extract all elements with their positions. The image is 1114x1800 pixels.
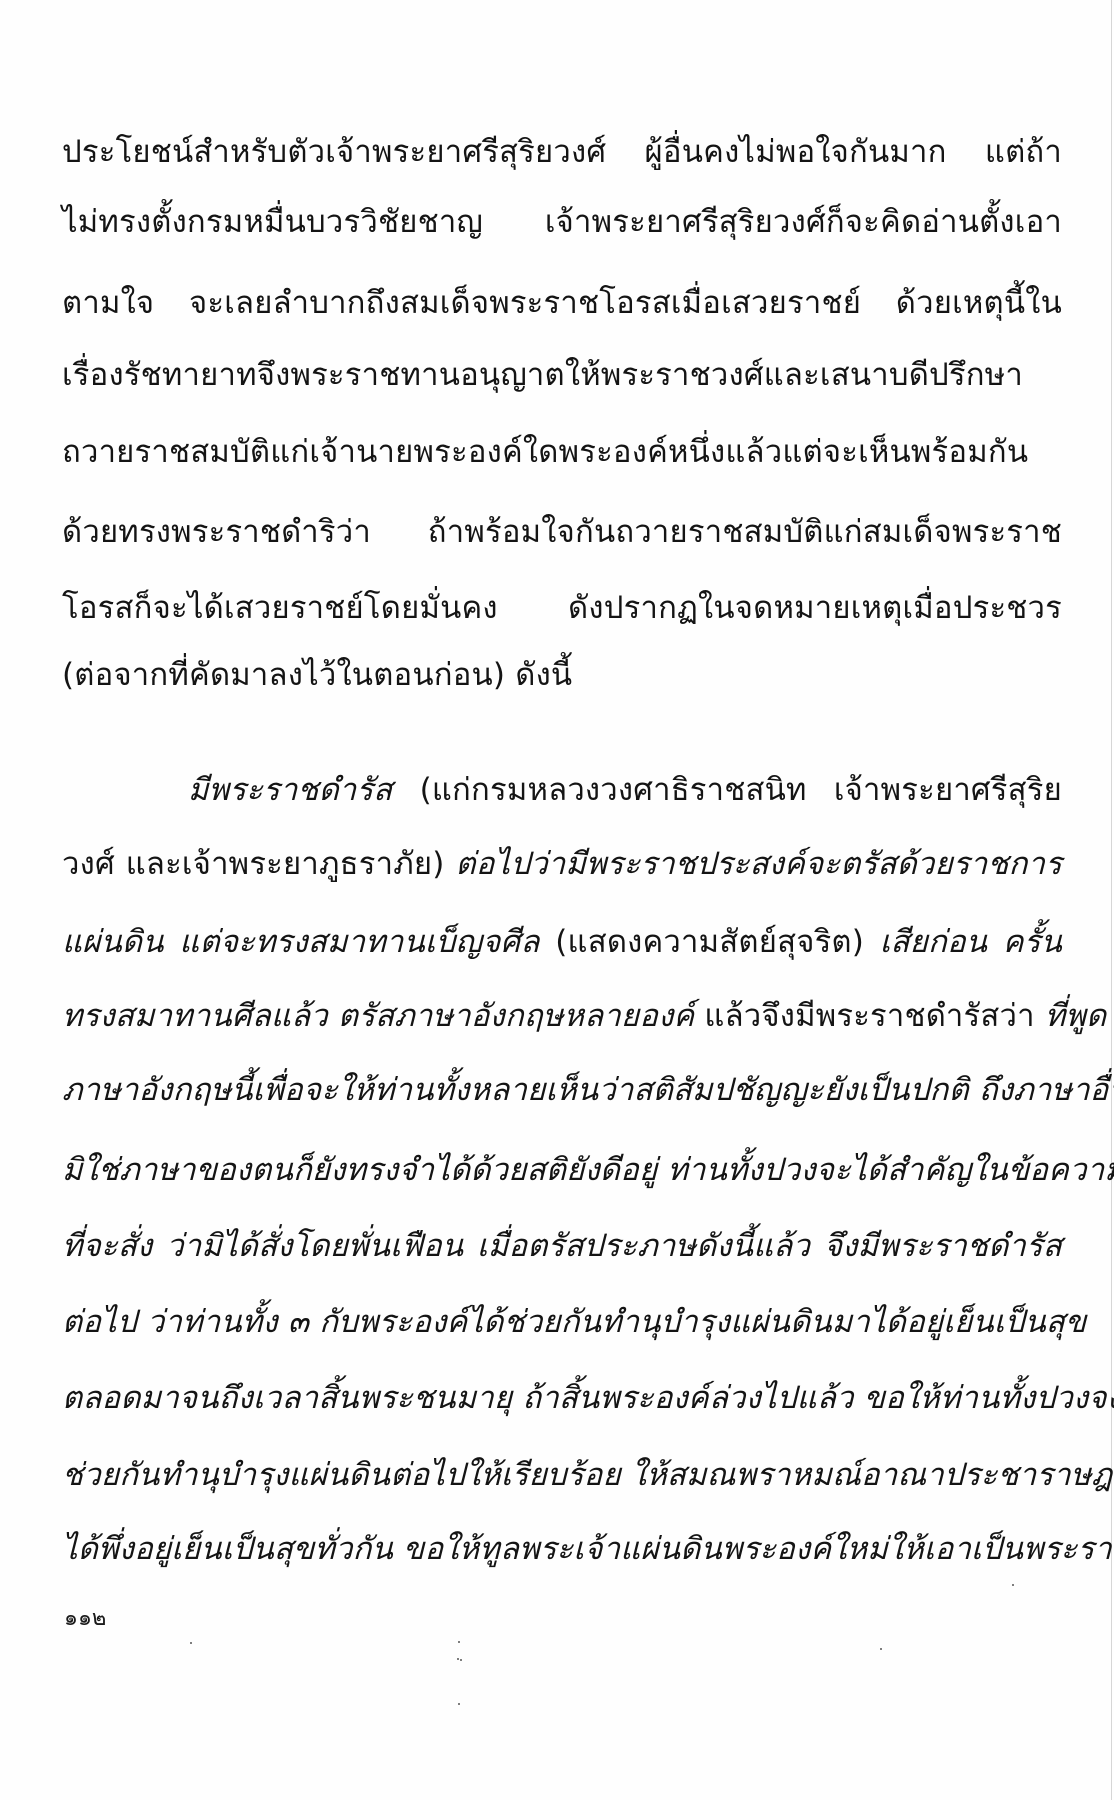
text-segment: (ต่อจากที่คัดมาลงไว้ในตอนก่อน) ดังนี้ [62,657,572,693]
text-line: ประโยชน์สำหรับตัวเจ้าพระยาศรีสุริยวงศ์ ผ… [62,132,1062,172]
text-segment: เสียก่อน ครั้น [880,924,1062,960]
scan-speck [1012,1584,1014,1586]
text-line: โอรสก็จะได้เสวยราชย์โดยมั่นคง ดังปรากฏใน… [62,588,1062,628]
text-line: เรื่องรัชทายาทจึงพระราชทานอนุญาตให้พระรา… [62,355,1062,395]
text-segment: ช่วยกันทำนุบำรุงแผ่นดินต่อไปให้เรียบร้อย… [62,1457,1114,1493]
text-segment: แล้วจึงมีพระราชดำรัสว่า [704,998,1034,1034]
text-line: ถวายราชสมบัติแก่เจ้านายพระองค์ใดพระองค์ห… [62,432,1062,472]
text-segment: ตามใจ จะเลยลำบากถึงสมเด็จพระราชโอรสเมื่อ… [62,285,1062,321]
text-line: ตามใจ จะเลยลำบากถึงสมเด็จพระราชโอรสเมื่อ… [62,283,1062,323]
text-line: แผ่นดิน แต่จะทรงสมาทานเบ็ญจศีล (แสดงความ… [62,922,1062,962]
scanned-page: ประโยชน์สำหรับตัวเจ้าพระยาศรีสุริยวงศ์ ผ… [0,0,1114,1800]
text-line: ต่อไป ว่าท่านทั้ง ๓ กับพระองค์ได้ช่วยกัน… [62,1302,1062,1342]
text-segment: ต่อไป ว่าท่านทั้ง ๓ กับพระองค์ได้ช่วยกัน… [62,1304,1086,1340]
text-segment: ไม่ทรงตั้งกรมหมื่นบวรวิชัยชาญ เจ้าพระยาศ… [62,204,1062,240]
text-segment: ถวายราชสมบัติแก่เจ้านายพระองค์ใดพระองค์ห… [62,434,1028,470]
text-segment: (แก่กรมหลวงวงศาธิราชสนิท เจ้าพระยาศรีสุร… [392,772,1062,808]
scan-edge-line [1111,0,1112,1800]
text-segment: ด้วยทรงพระราชดำริว่า ถ้าพร้อมใจกันถวายรา… [62,514,1062,550]
scan-speck [460,1659,462,1661]
text-line: (ต่อจากที่คัดมาลงไว้ในตอนก่อน) ดังนี้ [62,655,1062,695]
scan-speck [458,1703,460,1705]
text-line: ภาษาอังกฤษนี้เพื่อจะให้ท่านทั้งหลายเห็นว… [62,1070,1062,1110]
text-line: ที่จะสั่ง ว่ามิได้สั่งโดยพั่นเฟือน เมื่อ… [62,1226,1062,1266]
text-segment: ที่พูด [1035,998,1107,1034]
text-segment: ที่จะสั่ง ว่ามิได้สั่งโดยพั่นเฟือน เมื่อ… [62,1228,1062,1264]
text-line: ได้พึ่งอยู่เย็นเป็นสุขทั่วกัน ขอให้ทูลพร… [62,1529,1062,1569]
text-line: ไม่ทรงตั้งกรมหมื่นบวรวิชัยชาญ เจ้าพระยาศ… [62,202,1062,242]
text-segment: ภาษาอังกฤษนี้เพื่อจะให้ท่านทั้งหลายเห็นว… [62,1072,1114,1108]
text-segment: ได้พึ่งอยู่เย็นเป็นสุขทั่วกัน ขอให้ทูลพร… [62,1531,1114,1567]
text-segment: ประโยชน์สำหรับตัวเจ้าพระยาศรีสุริยวงศ์ ผ… [62,134,1062,170]
text-segment: วงศ์ และเจ้าพระยาภูธราภัย) [62,846,455,882]
text-segment: แผ่นดิน แต่จะทรงสมาทานเบ็ญจศีล [62,924,555,960]
text-line: ช่วยกันทำนุบำรุงแผ่นดินต่อไปให้เรียบร้อย… [62,1455,1062,1495]
text-segment: มีพระราชดำรัส [188,772,392,808]
text-line: มีพระราชดำรัส (แก่กรมหลวงวงศาธิราชสนิท เ… [188,770,1062,810]
scan-speck [190,1642,192,1644]
text-line: ตลอดมาจนถึงเวลาสิ้นพระชนมายุ ถ้าสิ้นพระอ… [62,1378,1062,1418]
page-number: ๑๑๒ [64,1606,106,1632]
scan-speck [880,1648,882,1650]
text-segment: (แสดงความสัตย์สุจริต) [555,924,879,960]
text-line: วงศ์ และเจ้าพระยาภูธราภัย) ต่อไปว่ามีพระ… [62,844,1062,884]
text-line: ทรงสมาทานศีลแล้ว ตรัสภาษาอังกฤษหลายองค์ … [62,996,1062,1036]
text-line: ด้วยทรงพระราชดำริว่า ถ้าพร้อมใจกันถวายรา… [62,512,1062,552]
text-segment: ทรงสมาทานศีลแล้ว ตรัสภาษาอังกฤษหลายองค์ [62,998,704,1034]
text-segment: เรื่องรัชทายาทจึงพระราชทานอนุญาตให้พระรา… [62,357,1023,393]
text-segment: ต่อไปว่ามีพระราชประสงค์จะตรัสด้วยราชการ [455,846,1062,882]
text-segment: มิใช่ภาษาของตนก็ยังทรงจำได้ด้วยสติยังดีอ… [62,1152,1114,1188]
text-segment: โอรสก็จะได้เสวยราชย์โดยมั่นคง ดังปรากฏใน… [62,590,1062,626]
scan-speck [457,1658,459,1660]
text-line: มิใช่ภาษาของตนก็ยังทรงจำได้ด้วยสติยังดีอ… [62,1150,1062,1190]
text-segment: ตลอดมาจนถึงเวลาสิ้นพระชนมายุ ถ้าสิ้นพระอ… [62,1380,1114,1416]
scan-speck [458,1641,460,1643]
